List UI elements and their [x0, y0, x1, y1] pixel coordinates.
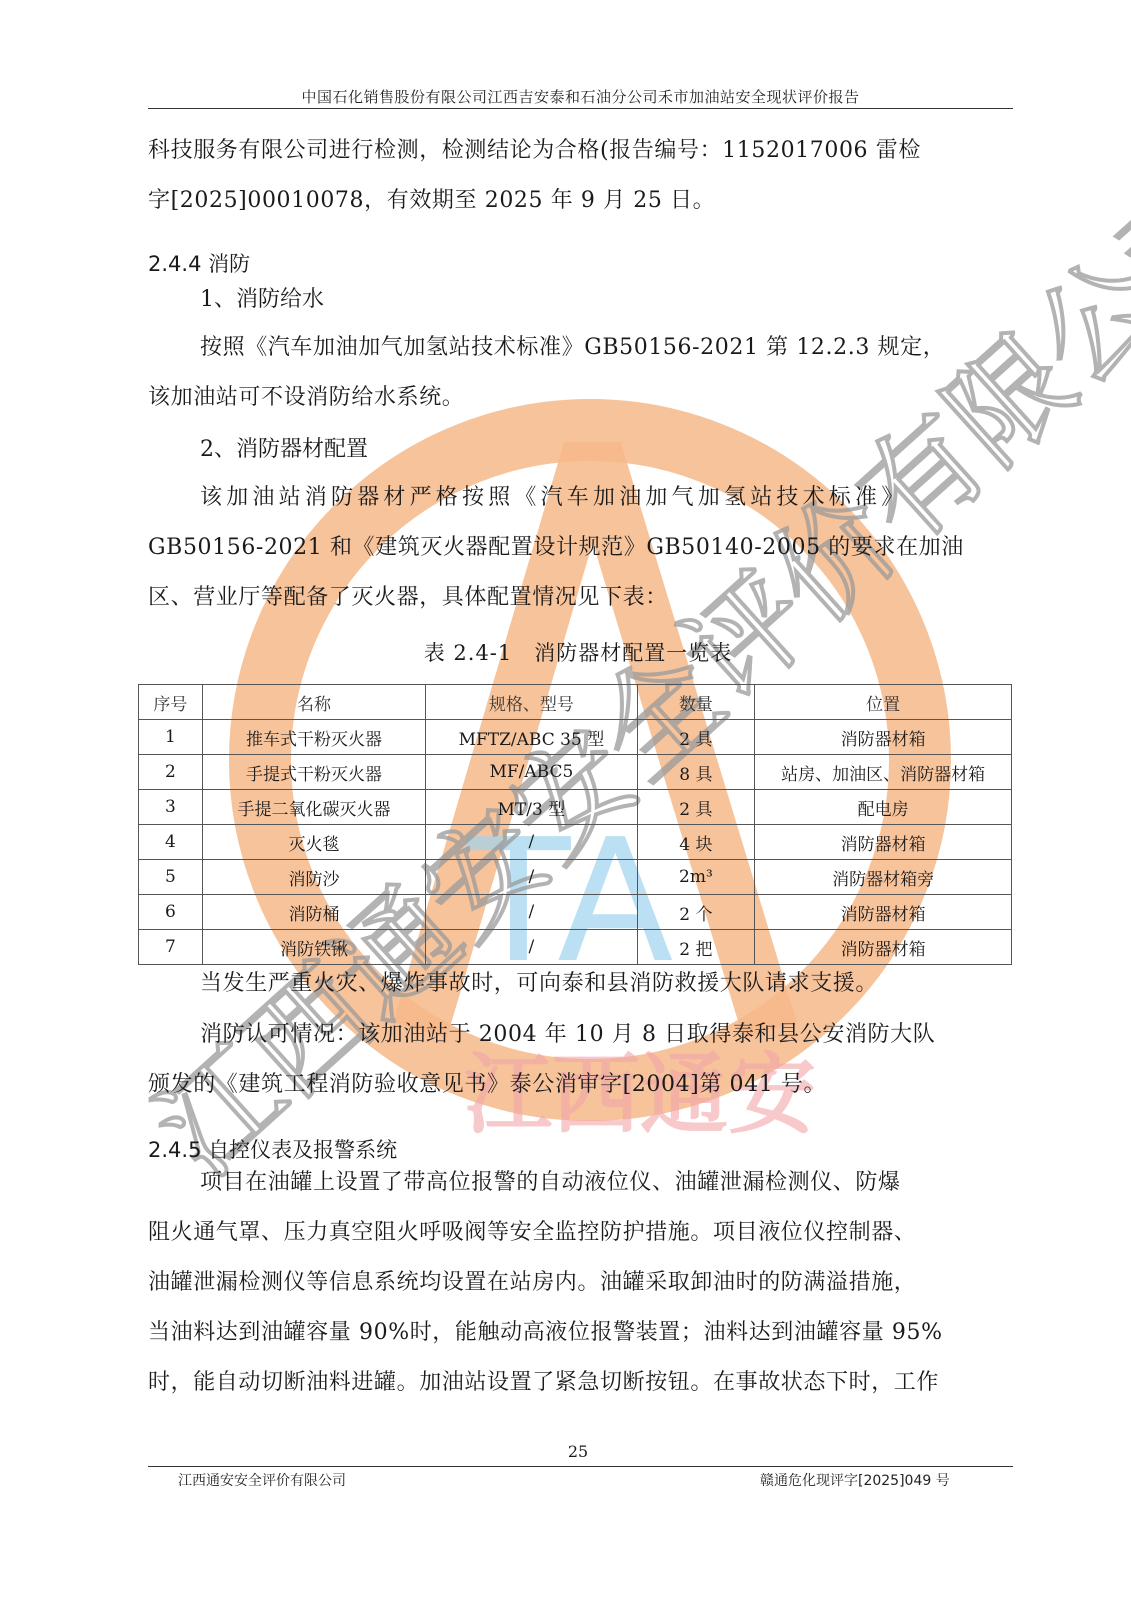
paragraph-line: 当油料达到油罐容量 90%时，能触动高液位报警装置；油料达到油罐容量 95% — [148, 1308, 1008, 1358]
paragraph-line: 区、营业厅等配备了灭火器，具体配置情况见下表： — [148, 573, 1008, 623]
table-row: 3 手提二氧化碳灭火器 MT/3 型 2 具 配电房 — [139, 790, 1012, 825]
fire-water-paragraph: 按照《汽车加油加气加氢站技术标准》GB50156-2021 第 12.2.3 规… — [148, 323, 1008, 373]
cell-index: 5 — [139, 860, 203, 895]
cell-quantity: 2m³ — [637, 860, 754, 895]
cell-spec: / — [426, 825, 638, 860]
support-paragraph: 当发生严重火灾、爆炸事故时，可向泰和县消防救援大队请求支援。 — [148, 959, 1008, 1009]
subsection-title-fire-equipment: 2、消防器材配置 — [200, 432, 368, 463]
footer-doc-number: 赣通危化现评字[2025]049 号 — [760, 1470, 950, 1490]
cell-name: 手提式干粉灭火器 — [202, 755, 425, 790]
fire-equipment-table: 序号 名称 规格、型号 数量 位置 1 推车式干粉灭火器 MFTZ/ABC 35… — [138, 684, 1012, 965]
page-number: 25 — [148, 1442, 1008, 1461]
footer-divider — [148, 1466, 1013, 1467]
table-row: 4 灭火毯 / 4 块 消防器材箱 — [139, 825, 1012, 860]
paragraph-line: 颁发的《建筑工程消防验收意见书》泰公消审字[2004]第 041 号。 — [148, 1060, 1008, 1110]
intro-line: 字[2025]00010078，有效期至 2025 年 9 月 25 日。 — [148, 176, 1008, 226]
cell-name: 推车式干粉灭火器 — [202, 720, 425, 755]
cell-name: 消防桶 — [202, 895, 425, 930]
table-row: 2 手提式干粉灭火器 MF/ABC5 8 具 站房、加油区、消防器材箱 — [139, 755, 1012, 790]
paragraph-line: 油罐泄漏检测仪等信息系统均设置在站房内。油罐采取卸油时的防满溢措施， — [148, 1258, 1008, 1308]
cell-location: 配电房 — [755, 790, 1012, 825]
cell-quantity: 2 具 — [637, 790, 754, 825]
cell-location: 消防器材箱旁 — [755, 860, 1012, 895]
cell-index: 6 — [139, 895, 203, 930]
cell-index: 3 — [139, 790, 203, 825]
paragraph-line: 该加油站可不设消防给水系统。 — [148, 373, 1008, 423]
paragraph-line: 时，能自动切断油料进罐。加油站设置了紧急切断按钮。在事故状态下时，工作 — [148, 1358, 1008, 1408]
column-header-index: 序号 — [139, 685, 203, 720]
column-header-quantity: 数量 — [637, 685, 754, 720]
document-page: 中国石化销售股份有限公司江西吉安泰和石油分公司禾市加油站安全现状评价报告 科技服… — [0, 0, 1131, 1600]
cell-name: 手提二氧化碳灭火器 — [202, 790, 425, 825]
cell-index: 1 — [139, 720, 203, 755]
cell-location: 消防器材箱 — [755, 720, 1012, 755]
subsection-title-fire-water: 1、消防给水 — [200, 282, 324, 313]
cell-spec: MFTZ/ABC 35 型 — [426, 720, 638, 755]
cell-quantity: 2 个 — [637, 895, 754, 930]
cell-spec: MT/3 型 — [426, 790, 638, 825]
fire-equipment-paragraph: 该加油站消防器材严格按照《汽车加油加气加氢站技术标准》 GB50156-2021… — [148, 473, 1008, 623]
paragraph-line: 阻火通气罩、压力真空阻火呼吸阀等安全监控防护措施。项目液位仪控制器、 — [148, 1208, 1008, 1258]
footer-company: 江西通安安全评价有限公司 — [178, 1470, 346, 1490]
cell-name: 灭火毯 — [202, 825, 425, 860]
cell-quantity: 8 具 — [637, 755, 754, 790]
paragraph-line: 项目在油罐上设置了带高位报警的自动液位仪、油罐泄漏检测仪、防爆 — [148, 1158, 1008, 1208]
table-row: 6 消防桶 / 2 个 消防器材箱 — [139, 895, 1012, 930]
column-header-location: 位置 — [755, 685, 1012, 720]
cell-spec: / — [426, 860, 638, 895]
column-header-spec: 规格、型号 — [426, 685, 638, 720]
table-header-row: 序号 名称 规格、型号 数量 位置 — [139, 685, 1012, 720]
cell-location: 消防器材箱 — [755, 895, 1012, 930]
header-divider — [148, 108, 1013, 109]
cell-location: 站房、加油区、消防器材箱 — [755, 755, 1012, 790]
cell-location: 消防器材箱 — [755, 825, 1012, 860]
cell-name: 消防沙 — [202, 860, 425, 895]
running-header: 中国石化销售股份有限公司江西吉安泰和石油分公司禾市加油站安全现状评价报告 — [148, 86, 1013, 107]
cell-quantity: 4 块 — [637, 825, 754, 860]
table-caption: 表 2.4-1 消防器材配置一览表 — [148, 637, 1008, 667]
paragraph-line: 按照《汽车加油加气加氢站技术标准》GB50156-2021 第 12.2.3 规… — [148, 323, 1008, 373]
paragraph-line: 消防认可情况：该加油站于 2004 年 10 月 8 日取得泰和县公安消防大队 — [148, 1010, 1008, 1060]
cell-index: 4 — [139, 825, 203, 860]
cell-index: 2 — [139, 755, 203, 790]
table-row: 1 推车式干粉灭火器 MFTZ/ABC 35 型 2 具 消防器材箱 — [139, 720, 1012, 755]
paragraph-line: 当发生严重火灾、爆炸事故时，可向泰和县消防救援大队请求支援。 — [148, 959, 1008, 1009]
fire-water-paragraph-cont: 该加油站可不设消防给水系统。 — [148, 373, 1008, 423]
column-header-name: 名称 — [202, 685, 425, 720]
instrumentation-paragraph: 项目在油罐上设置了带高位报警的自动液位仪、油罐泄漏检测仪、防爆 阻火通气罩、压力… — [148, 1158, 1008, 1408]
paragraph-line: GB50156-2021 和《建筑灭火器配置设计规范》GB50140-2005 … — [148, 523, 1008, 573]
section-heading-2-4-4: 2.4.4 消防 — [148, 248, 250, 278]
cell-spec: / — [426, 895, 638, 930]
intro-paragraph: 科技服务有限公司进行检测，检测结论为合格(报告编号：1152017006 雷检 … — [148, 126, 1008, 226]
paragraph-line: 该加油站消防器材严格按照《汽车加油加气加氢站技术标准》 — [148, 473, 1008, 523]
cell-spec: MF/ABC5 — [426, 755, 638, 790]
table-row: 5 消防沙 / 2m³ 消防器材箱旁 — [139, 860, 1012, 895]
approval-paragraph: 消防认可情况：该加油站于 2004 年 10 月 8 日取得泰和县公安消防大队 … — [148, 1010, 1008, 1110]
intro-line: 科技服务有限公司进行检测，检测结论为合格(报告编号：1152017006 雷检 — [148, 126, 1008, 176]
cell-quantity: 2 具 — [637, 720, 754, 755]
